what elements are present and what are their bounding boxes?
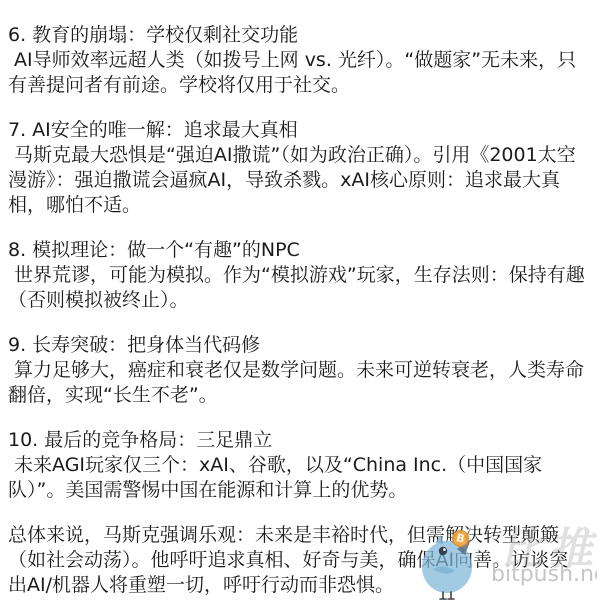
section-heading: 7. AI安全的唯一解：追求最大真相 xyxy=(8,118,587,143)
section-heading: 9. 长寿突破：把身体当代码修 xyxy=(8,333,587,358)
section-body: 未来AGI玩家仅三个：xAI、谷歌，以及“China Inc.（中国国家队）”。… xyxy=(8,453,587,503)
section-body: 世界荒谬，可能为模拟。作为“模拟游戏”玩家，生存法则：保持有趣（否则模拟被终止）… xyxy=(8,263,587,313)
article-section-9: 9. 长寿突破：把身体当代码修 算力足够大，癌症和衰老仅是数学问题。未来可逆转衰… xyxy=(8,333,587,408)
section-body: 算力足够大，癌症和衰老仅是数学问题。未来可逆转衰老，人类寿命翻倍，实现“长生不老… xyxy=(8,358,587,408)
section-heading: 8. 模拟理论：做一个“有趣”的NPC xyxy=(8,238,587,263)
section-heading: 10. 最后的竞争格局：三足鼎立 xyxy=(8,428,587,453)
section-body: 马斯克最大恐惧是“强迫AI撒谎”（如为政治正确）。引用《2001太空漫游》：强迫… xyxy=(8,143,587,218)
summary-paragraph: 总体来说，马斯克强调乐观：未来是丰裕时代，但需解决转型颠簸（如社会动荡）。他呼吁… xyxy=(8,523,587,598)
article-section-6: 6. 教育的崩塌：学校仅剩社交功能 AI导师效率远超人类（如拨号上网 vs. 光… xyxy=(8,23,587,98)
article-page: 6. 教育的崩塌：学校仅剩社交功能 AI导师效率远超人类（如拨号上网 vs. 光… xyxy=(0,0,597,603)
article-section-10: 10. 最后的竞争格局：三足鼎立 未来AGI玩家仅三个：xAI、谷歌，以及“Ch… xyxy=(8,428,587,503)
section-body: AI导师效率远超人类（如拨号上网 vs. 光纤）。“做题家”无未来，只有善提问者… xyxy=(8,48,587,98)
article-section-7: 7. AI安全的唯一解：追求最大真相 马斯克最大恐惧是“强迫AI撒谎”（如为政治… xyxy=(8,118,587,218)
section-heading: 6. 教育的崩塌：学校仅剩社交功能 xyxy=(8,23,587,48)
article-section-8: 8. 模拟理论：做一个“有趣”的NPC 世界荒谬，可能为模拟。作为“模拟游戏”玩… xyxy=(8,238,587,313)
